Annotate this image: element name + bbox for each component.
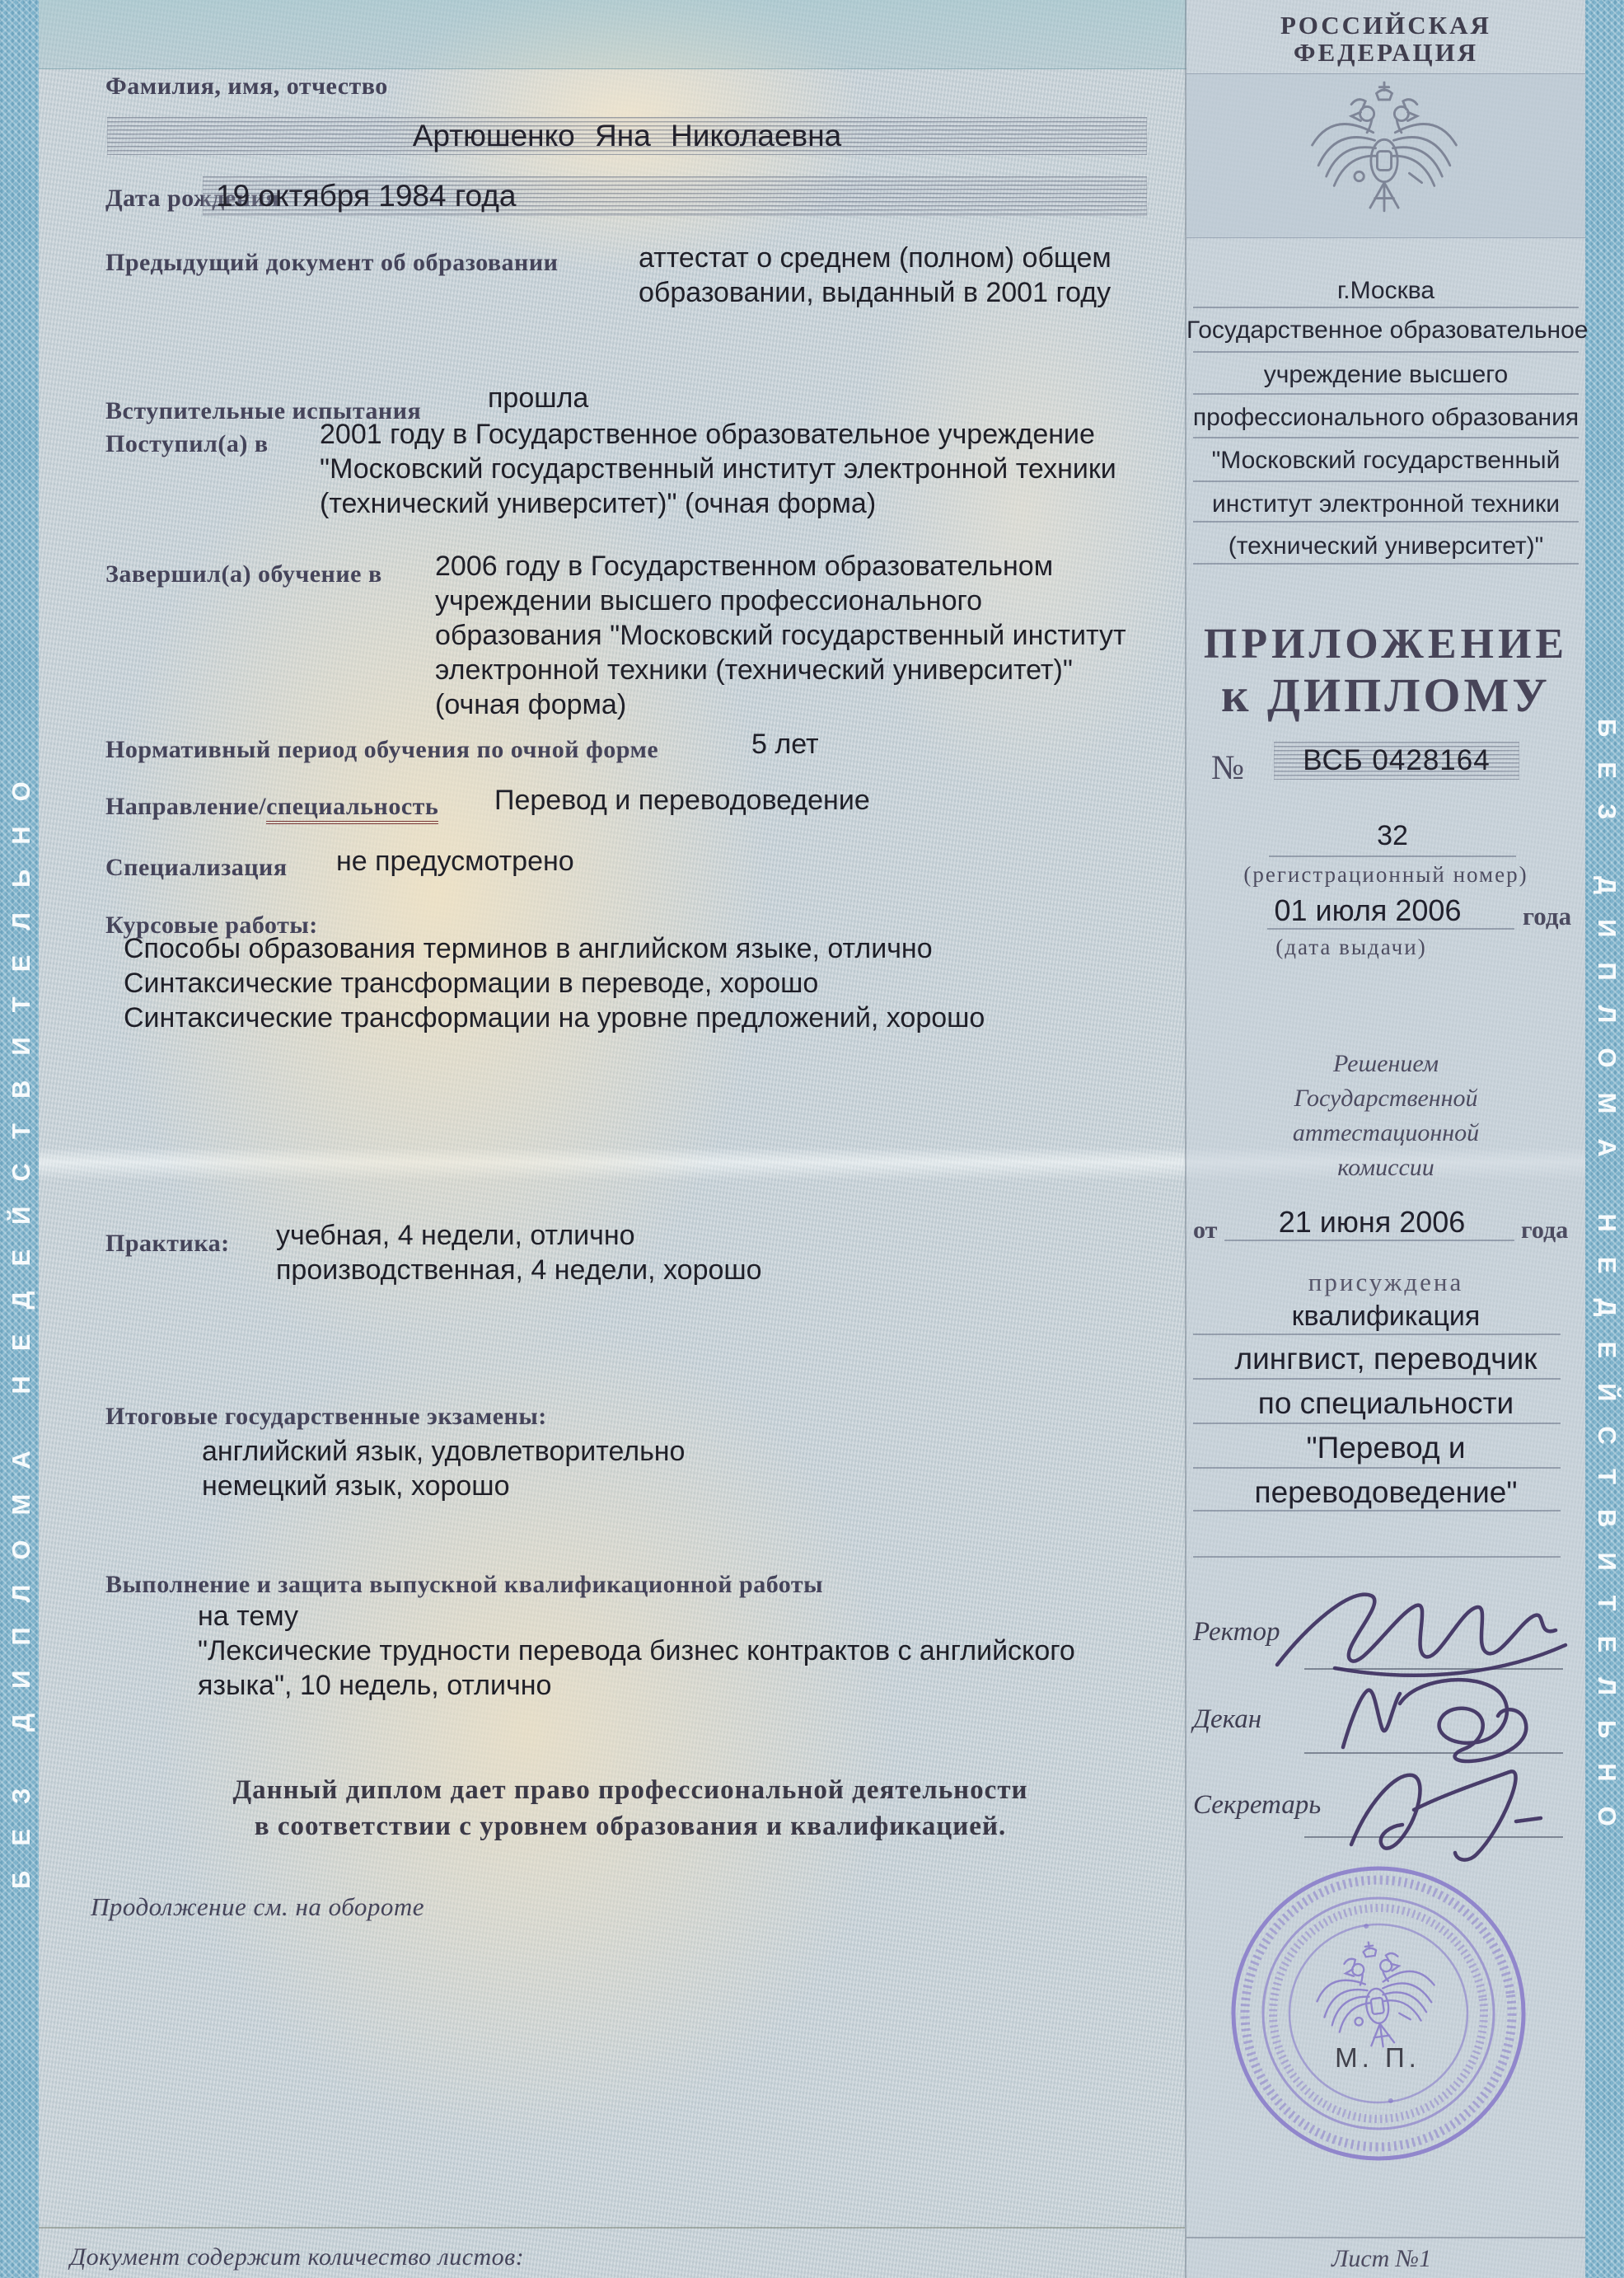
double-headed-eagle-icon: [1306, 78, 1463, 243]
name-label: Фамилия, имя, отчество: [105, 73, 388, 101]
rights-statement: Данный диплом дает право профессионально…: [132, 1772, 1129, 1844]
sheet-count-note: Документ содержит количество листов:: [70, 2243, 524, 2271]
signatures-ink: [1219, 1582, 1582, 1863]
rule-line: [1193, 1334, 1561, 1335]
rule-line: [1193, 521, 1579, 523]
secretary-signature: [1351, 1775, 1420, 1849]
diploma-number-value: ВСБ 0428164: [1274, 742, 1519, 780]
qualification-line: "Перевод и: [1186, 1431, 1585, 1465]
qualification-line: квалификация: [1186, 1301, 1585, 1333]
sheet-number: Лист №1: [1331, 2245, 1431, 2273]
direction-value: Перевод и переводоведение: [494, 785, 870, 817]
completed-value: 2006 году в Государственном образователь…: [435, 549, 1126, 722]
diploma-supplement-scan: БЕЗ ДИПЛОМА НЕДЕЙСТВИТЕЛЬНО БЕЗ ДИПЛОМА …: [0, 0, 1624, 2278]
security-band-left: БЕЗ ДИПЛОМА НЕДЕЙСТВИТЕЛЬНО: [0, 0, 39, 2278]
practice-item: производственная, 4 недели, хорошо: [276, 1253, 762, 1287]
rule-line: [1193, 393, 1579, 395]
coursework-list: Способы образования терминов в английско…: [124, 931, 985, 1035]
awarded-label: присуждена: [1186, 1268, 1585, 1297]
issue-date-value: 01 июля 2006: [1219, 893, 1516, 928]
thesis-value: на тему "Лексические трудности перевода …: [198, 1599, 1075, 1703]
institution-line: "Московский государственный: [1186, 447, 1585, 475]
document-title-line1: ПРИЛОЖЕНИЕ: [1186, 620, 1585, 668]
from-label: от: [1193, 1216, 1217, 1244]
security-band-right: БЕЗ ДИПЛОМА НЕДЕЙСТВИТЕЛЬНО: [1585, 0, 1624, 2278]
bottom-divider-right: [1186, 2237, 1585, 2238]
specialization-label: Специализация: [105, 854, 288, 882]
commission-year-suffix: года: [1521, 1216, 1568, 1244]
secretary-signature-flourish: [1414, 1771, 1516, 1859]
institution-line: (технический университет)": [1186, 532, 1585, 560]
number-sign: №: [1211, 748, 1244, 788]
rule-line: [1193, 563, 1579, 565]
specialty-underlined: специальность: [266, 793, 438, 824]
commission-date-value: 21 июня 2006: [1236, 1205, 1508, 1240]
rule-line: [1193, 1510, 1561, 1512]
institution-line: учреждение высшего: [1186, 361, 1585, 389]
dean-signature: [1343, 1690, 1400, 1747]
practice-label: Практика:: [105, 1230, 230, 1258]
security-band-text-right: БЕЗ ДИПЛОМА НЕДЕЙСТВИТЕЛЬНО: [1592, 719, 1622, 1851]
top-tint-strip: [39, 0, 1186, 69]
diploma-number-bar: ВСБ 0428164: [1274, 742, 1519, 780]
coursework-item: Синтаксические трансформации на уровне п…: [124, 1001, 985, 1035]
registration-number-caption: (регистрационный номер): [1186, 862, 1585, 888]
name-value: Артюшенко Яна Николаевна: [107, 117, 1147, 155]
direction-label: Направление/специальность: [105, 793, 438, 821]
coursework-item: Синтаксические трансформации в переводе,…: [124, 966, 985, 1001]
security-band-text-left: БЕЗ ДИПЛОМА НЕДЕЙСТВИТЕЛЬНО: [7, 757, 36, 1889]
rule-line: [1193, 307, 1579, 308]
institution-line: Государственное образовательное: [1186, 316, 1585, 345]
rule-line: [1193, 351, 1579, 353]
state-exam-item: немецкий язык, хорошо: [202, 1469, 685, 1503]
country-title: РОССИЙСКАЯ ФЕДЕРАЦИЯ: [1186, 12, 1585, 66]
rule-line: [1269, 855, 1516, 857]
continuation-note: Продолжение см. на обороте: [91, 1892, 424, 1922]
previous-document-value: аттестат о среднем (полном) общем образо…: [639, 241, 1112, 310]
seal-place-label: М. П.: [1186, 2042, 1569, 2074]
study-period-label: Нормативный период обучения по очной фор…: [105, 736, 658, 764]
admitted-value: 2001 году в Государственное образователь…: [320, 417, 1116, 521]
admitted-label: Поступил(а) в: [105, 430, 269, 458]
state-exam-item: английский язык, удовлетворительно: [202, 1434, 685, 1469]
rule-line: [1193, 1423, 1561, 1424]
issue-year-suffix: года: [1523, 902, 1571, 931]
birth-date-field-bar: 19 октября 1984 года: [203, 176, 1147, 216]
study-period-value: 5 лет: [751, 729, 819, 761]
rule-line: [1224, 1240, 1514, 1241]
qualification-line: лингвист, переводчик: [1186, 1342, 1585, 1376]
institution-line: профессионального образования: [1186, 404, 1585, 432]
commission-statement: Решением Государственной аттестационной …: [1186, 1047, 1585, 1185]
birth-date-value: 19 октября 1984 года: [203, 176, 1147, 216]
entrance-exams-value: прошла: [488, 382, 588, 415]
practice-item: учебная, 4 недели, отлично: [276, 1218, 762, 1253]
thesis-label: Выполнение и защита выпускной квалификац…: [105, 1571, 823, 1599]
rule-line: [1193, 480, 1579, 482]
qualification-line: по специальности: [1186, 1386, 1585, 1421]
state-exams-label: Итоговые государственные экзамены:: [105, 1403, 547, 1431]
completed-label: Завершил(а) обучение в: [105, 560, 382, 588]
institution-line: институт электронной техники: [1186, 490, 1585, 518]
coursework-item: Способы образования терминов в английско…: [124, 931, 985, 966]
specialization-value: не предусмотрено: [336, 846, 574, 878]
rule-line: [1193, 1556, 1561, 1558]
rule-line: [1267, 928, 1514, 930]
registration-number-value: 32: [1269, 820, 1516, 852]
rule-line: [1193, 1467, 1561, 1469]
rule-line: [1193, 437, 1579, 438]
dean-signature-loop: [1400, 1680, 1526, 1761]
document-title-line2: к ДИПЛОМУ: [1186, 668, 1585, 723]
rector-signature: [1277, 1595, 1556, 1665]
secretary-signature-dash: [1516, 1818, 1541, 1821]
previous-document-label: Предыдущий документ об образовании: [105, 249, 558, 277]
official-round-seal: [1223, 1858, 1534, 2169]
issue-date-caption: (дата выдачи): [1211, 935, 1491, 960]
city-value: г.Москва: [1186, 277, 1585, 305]
qualification-line: переводоведение": [1186, 1475, 1585, 1510]
bottom-divider-left: [39, 2227, 1185, 2229]
practice-list: учебная, 4 недели, отлично производствен…: [276, 1218, 762, 1287]
state-exams-list: английский язык, удовлетворительно немец…: [202, 1434, 685, 1503]
rule-line: [1193, 1378, 1561, 1380]
name-field-bar: Артюшенко Яна Николаевна: [107, 117, 1147, 155]
